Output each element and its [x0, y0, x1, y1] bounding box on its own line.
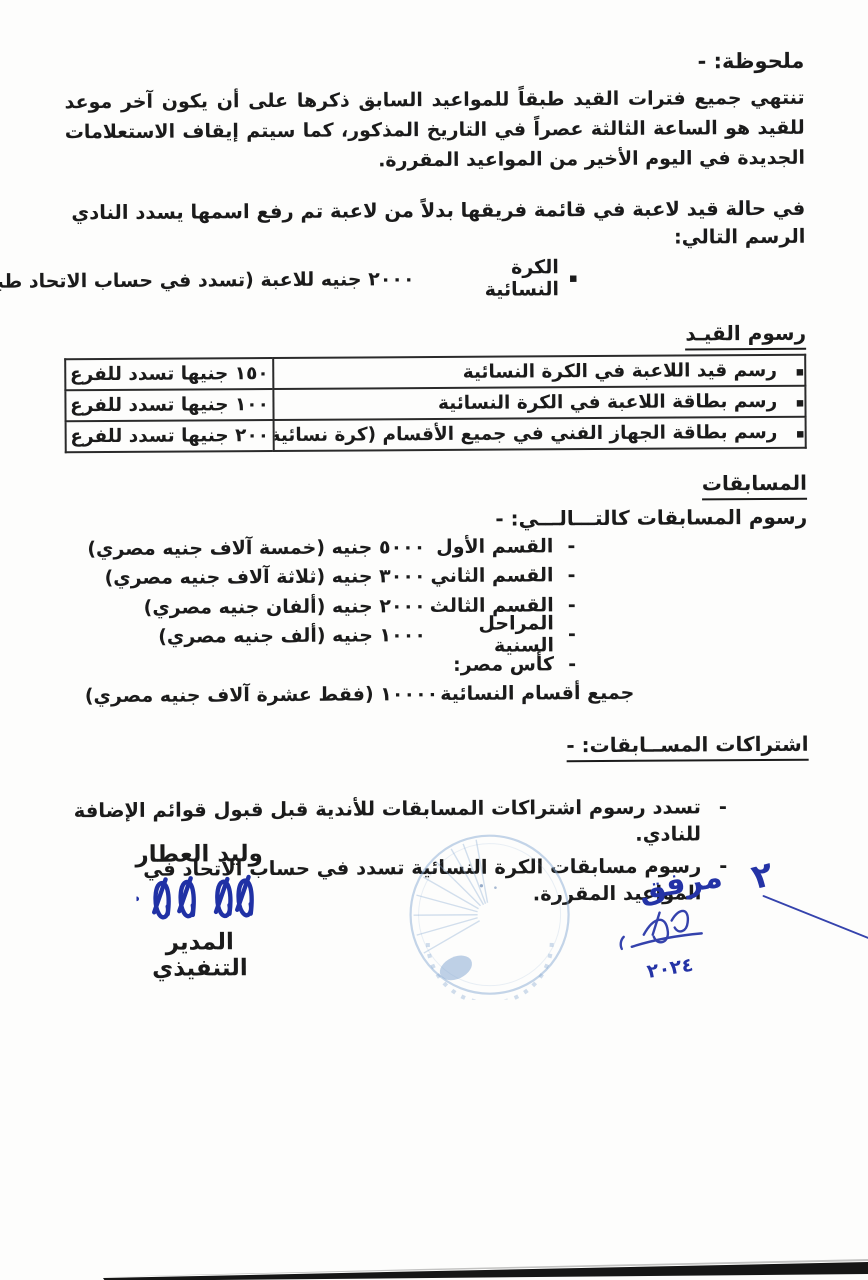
square-bullet-icon: ▪: [796, 396, 805, 411]
list-item: - المراحل السنية ١٠٠٠ جنيه (ألف جنيه مصر…: [68, 618, 808, 652]
signature-block: وليد العطار المدير التنفيذي: [121, 841, 278, 982]
annotation-date: ٢٠٢٤: [645, 954, 694, 983]
table-row: ▪ رسم قيد اللاعبة في الكرة النسائية ١٥٠ …: [65, 355, 805, 391]
competitions-heading: المسابقات: [67, 471, 807, 505]
subscriptions-heading-text: اشتراكات المســابقات: -: [566, 732, 808, 762]
dash-bullet: -: [701, 793, 727, 820]
transfer-case-label: الكرة النسائية: [484, 256, 559, 300]
competition-name: القسم الأول: [425, 535, 553, 558]
signatory-title: المدير التنفيذي: [122, 929, 278, 982]
competition-fee: ٥٠٠٠ جنيه (خمسة آلاف جنيه مصري): [87, 536, 425, 560]
fee-desc-cell: ▪ رسم بطاقة اللاعبة في الكرة النسائية: [273, 386, 805, 420]
annotation-count: ٢: [748, 854, 778, 898]
signatory-name: وليد العطار: [121, 841, 277, 868]
list-item: - كأس مصر:: [68, 648, 808, 682]
scanned-document-page: ملحوظة: - تنتهي جميع فترات القيد طبقاً ل…: [0, 0, 868, 1280]
subscriptions-heading: اشتراكات المســابقات: -: [68, 732, 808, 766]
square-bullet-icon: ▪: [796, 427, 805, 442]
transfer-case-intro: في حالة قيد لاعبة في قائمة فريقها بدلاً …: [65, 195, 805, 256]
handwritten-annotation: مرفق ٢ ٢٠٢٤: [613, 839, 868, 986]
fee-desc-cell: ▪ رسم قيد اللاعبة في الكرة النسائية: [273, 355, 805, 389]
dash-bullet: -: [554, 623, 576, 645]
list-item: - القسم الأول ٥٠٠٠ جنيه (خمسة آلاف جنيه …: [67, 530, 807, 564]
competitions-intro: رسوم المسابقات كالتـــالـــي: -: [67, 505, 807, 535]
competition-fee: ٣٠٠٠ جنيه (ثلاثة آلاف جنيه مصري): [104, 565, 425, 589]
competition-fee: ١٠٠٠ جنيه (ألف جنيه مصري): [158, 624, 426, 648]
dash-bullet: -: [554, 594, 576, 616]
competition-name: كأس مصر:: [426, 653, 554, 676]
dash-bullet: -: [553, 535, 575, 557]
fee-amount-cell: ١٠٠ جنيها تسدد للفرع: [65, 389, 273, 421]
fee-desc-cell: ▪ رسم بطاقة الجهاز الفني في جميع الأقسام…: [274, 417, 806, 451]
table-row: ▪ رسم بطاقة اللاعبة في الكرة النسائية ١٠…: [65, 386, 805, 422]
square-bullet-icon: ▪: [795, 365, 804, 380]
dash-bullet: -: [554, 653, 576, 675]
annotation-word: مرفق: [636, 860, 724, 908]
competitions-heading-text: المسابقات: [702, 471, 807, 501]
transfer-case-item: ▪ الكرة النسائية ٢٠٠٠ جنيه للاعبة (تسدد …: [66, 263, 806, 296]
competition-name: المراحل السنية: [426, 613, 554, 658]
fee-desc-text: رسم بطاقة الجهاز الفني في جميع الأقسام (…: [274, 422, 778, 446]
note-heading: ملحوظة: -: [64, 48, 804, 80]
cup-fee: ١٠٠٠٠ (فقط عشرة آلاف جنيه مصري): [85, 683, 439, 707]
dash-bullet: -: [553, 564, 575, 586]
registration-fees-heading: رسوم القيـد: [66, 321, 806, 355]
competition-name: القسم الثاني: [425, 565, 553, 588]
cup-category-name: جميع أقسام النسائية: [438, 682, 634, 705]
competition-fee: ٢٠٠٠ جنيه (ألفان جنيه مصري): [144, 595, 426, 619]
fee-amount-cell: ٢٠٠ جنيها تسدد للفرع: [66, 420, 274, 452]
note-paragraph: تنتهي جميع فترات القيد طبقاً للمواعيد ال…: [65, 83, 806, 178]
transfer-case-value: ٢٠٠٠ جنيه للاعبة (تسدد في حساب الاتحاد ط…: [0, 268, 415, 294]
handwritten-signature: [136, 871, 262, 928]
fee-amount-cell: ١٥٠ جنيها تسدد للفرع: [65, 358, 273, 390]
registration-fees-table: ▪ رسم قيد اللاعبة في الكرة النسائية ١٥٠ …: [64, 354, 807, 454]
federation-stamp-icon: [403, 827, 576, 1000]
list-item: جميع أقسام النسائية ١٠٠٠٠ (فقط عشرة آلاف…: [68, 677, 808, 711]
list-item: - القسم الثاني ٣٠٠٠ جنيه (ثلاثة آلاف جني…: [67, 559, 807, 593]
document-content: ملحوظة: - تنتهي جميع فترات القيد طبقاً ل…: [0, 0, 868, 1280]
table-row: ▪ رسم بطاقة الجهاز الفني في جميع الأقسام…: [66, 417, 806, 453]
fee-desc-text: رسم بطاقة اللاعبة في الكرة النسائية: [438, 391, 777, 414]
registration-fees-heading-text: رسوم القيـد: [685, 321, 806, 351]
square-bullet-icon: ▪: [569, 271, 578, 286]
fee-desc-text: رسم قيد اللاعبة في الكرة النسائية: [463, 360, 777, 383]
